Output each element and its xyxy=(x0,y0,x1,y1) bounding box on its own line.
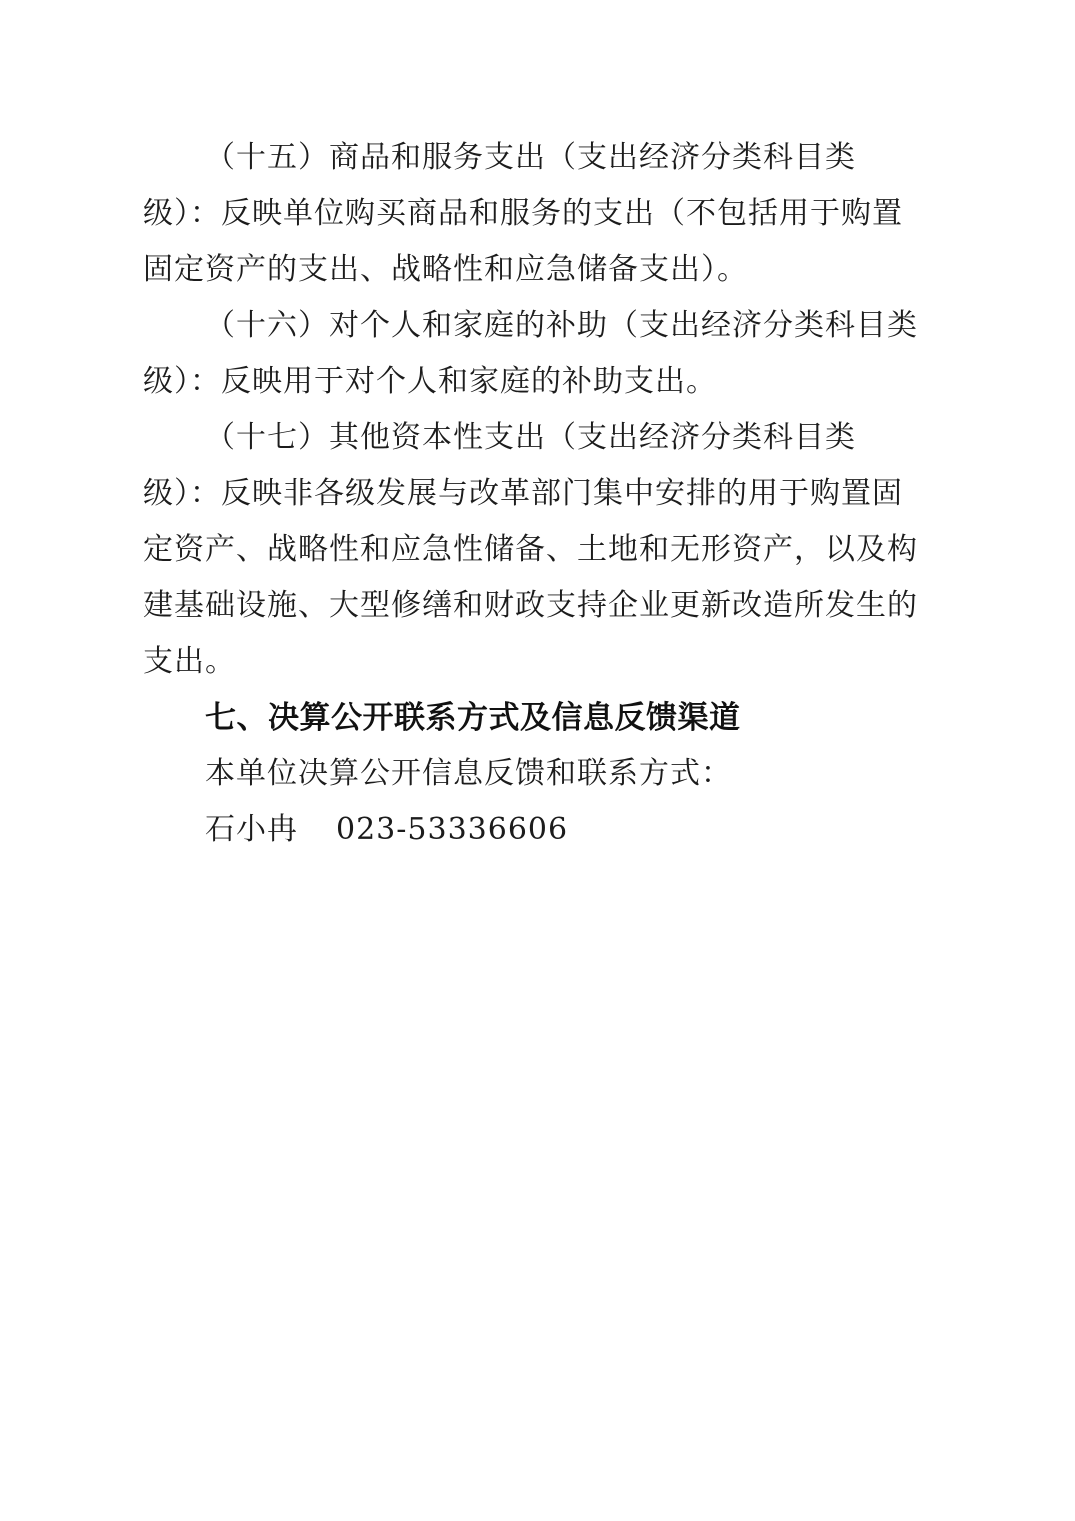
para-15-line-2: 级）：反映单位购买商品和服务的支出（不包括用于购置 xyxy=(143,186,903,242)
section-7-heading: 七、决算公开联系方式及信息反馈渠道 xyxy=(143,690,903,746)
contact-intro-line: 本单位决算公开信息反馈和联系方式： xyxy=(143,746,903,802)
para-17-line-4: 建基础设施、大型修缮和财政支持企业更新改造所发生的 xyxy=(143,578,903,634)
para-17-line-5: 支出。 xyxy=(143,634,903,690)
text-block: （十五）商品和服务支出（支出经济分类科目类 级）：反映单位购买商品和服务的支出（… xyxy=(143,130,903,858)
para-17-line-2: 级）：反映非各级发展与改革部门集中安排的用于购置固 xyxy=(143,466,903,522)
para-16-line-1: （十六）对个人和家庭的补助（支出经济分类科目类 xyxy=(143,298,903,354)
document-page: （十五）商品和服务支出（支出经济分类科目类 级）：反映单位购买商品和服务的支出（… xyxy=(0,0,1075,1521)
contact-line: 石小冉023-53336606 xyxy=(143,802,903,858)
para-17-line-3: 定资产、战略性和应急性储备、土地和无形资产，以及构 xyxy=(143,522,903,578)
para-15-line-1: （十五）商品和服务支出（支出经济分类科目类 xyxy=(143,130,903,186)
para-17-line-1: （十七）其他资本性支出（支出经济分类科目类 xyxy=(143,410,903,466)
para-15-line-3: 固定资产的支出、战略性和应急储备支出）。 xyxy=(143,242,903,298)
contact-name: 石小冉 xyxy=(205,812,298,847)
para-16-line-2: 级）：反映用于对个人和家庭的补助支出。 xyxy=(143,354,903,410)
contact-phone: 023-53336606 xyxy=(336,812,568,847)
